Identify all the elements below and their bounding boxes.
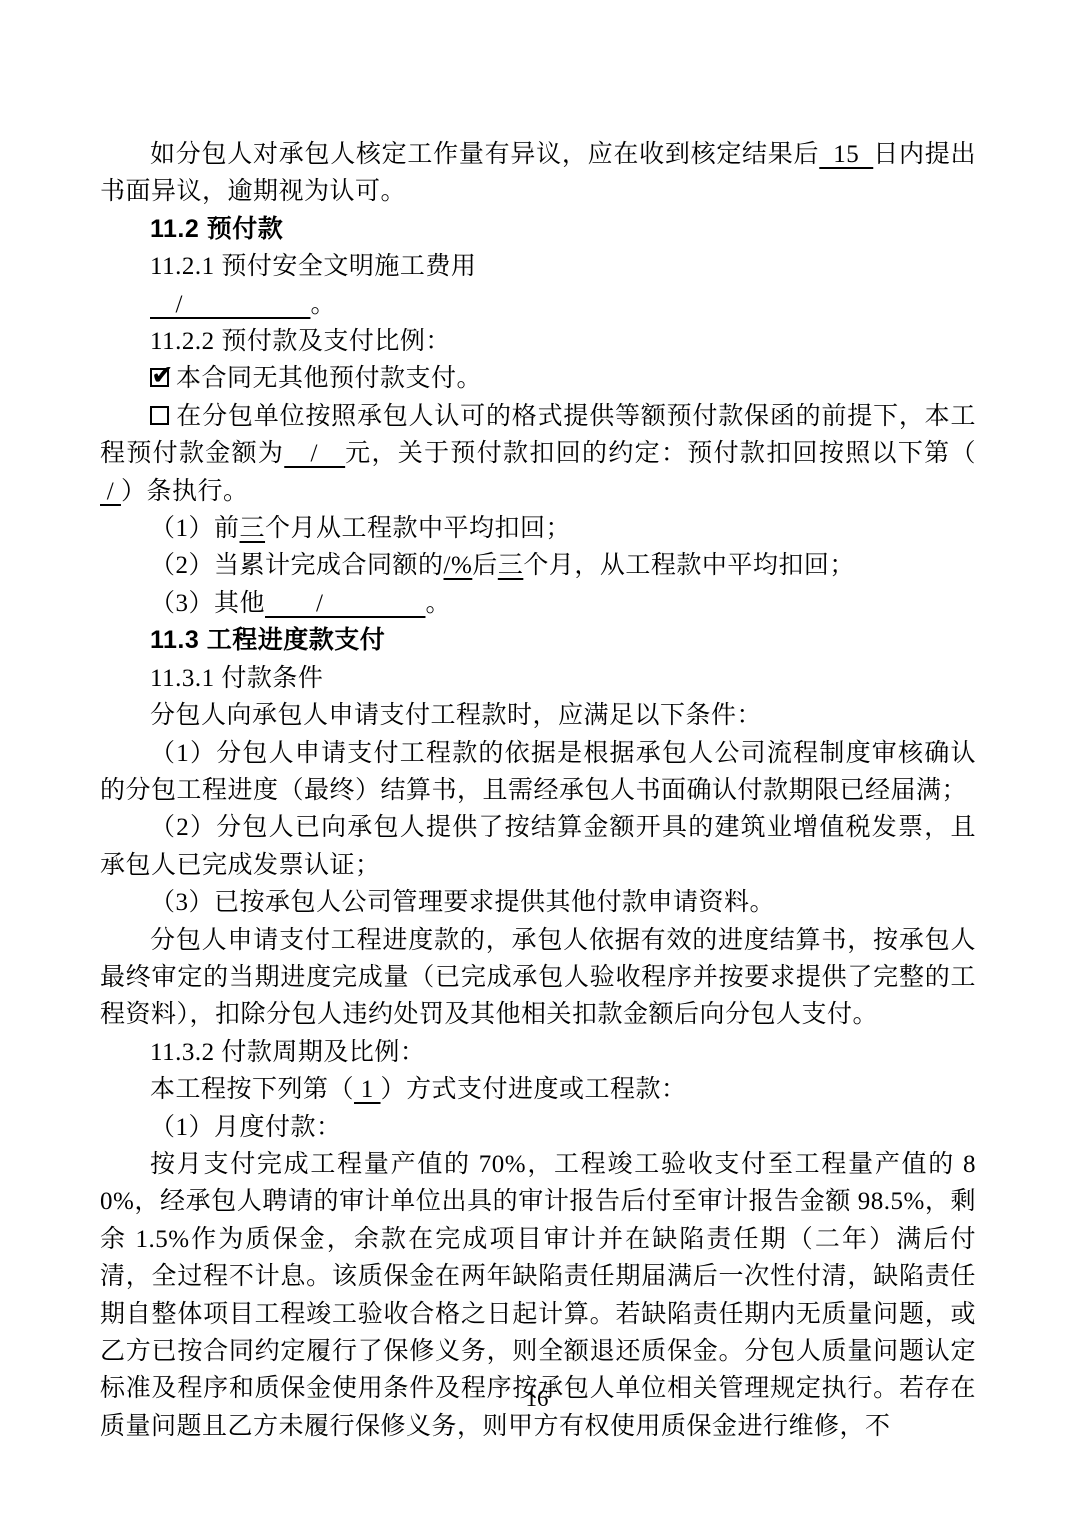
text-run: ）条执行。 [121,478,249,505]
clause-work-quantity-objection: 如分包人对承包人核定工作量有异议，应在收到核定结果后 15 日内提出书面异议，逾… [100,136,976,211]
text-run: 本合同无其他预付款支付。 [176,365,482,392]
text-run: （3）其他 [150,590,265,617]
text-run: （1）月度付款： [150,1114,342,1141]
document-body: 如分包人对承包人核定工作量有异议，应在收到核定结果后 15 日内提出书面异议，逾… [100,136,976,1445]
option-no-other-advance-payment: ✔本合同无其他预付款支付。 [100,360,976,397]
text-run: （2）当累计完成合同额的 [150,552,444,579]
text-run: （1）分包人申请支付工程款的依据是根据承包人公司流程制度审核确认的分包工程进度（… [100,740,976,804]
clause-11-2-1-title: 11.2.1 预付安全文明施工费用 [100,248,976,285]
check-mark-icon: ✔ [151,357,174,394]
contract-page: 如分包人对承包人核定工作量有异议，应在收到核定结果后 15 日内提出书面异议，逾… [0,0,1074,1520]
progress-payment-basis: 分包人申请支付工程进度款的，承包人依据有效的进度结算书，按承包人最终审定的当期进… [100,922,976,1034]
fill-in-blank: 15 [819,141,873,168]
clause-11-2-2-title: 11.2.2 预付款及支付比例： [100,323,976,360]
page-number: 16 [0,1386,1074,1412]
payment-conditions-intro: 分包人向承包人申请支付工程款时，应满足以下条件： [100,697,976,734]
text-run: 如分包人对承包人核定工作量有异议，应在收到核定结果后 [150,141,819,168]
heading-11-2-advance-payment: 11.2 预付款 [100,211,976,248]
monthly-payment-title: （1）月度付款： [100,1109,976,1146]
fill-in-blank: / [100,478,121,505]
text-run: 11.2.1 预付安全文明施工费用 [150,253,476,280]
checkbox-unchecked-icon[interactable] [150,406,169,425]
text-run: 后 [472,552,498,579]
clause-11-2-1-blank-line: / 。 [100,286,976,323]
text-run: 个月，从工程款中平均扣回； [523,552,855,579]
payment-condition-2: （2）分包人已向承包人提供了按结算金额开具的建筑业增值税发票，且承包人已完成发票… [100,809,976,884]
text-run: （2）分包人已向承包人提供了按结算金额开具的建筑业增值税发票，且承包人已完成发票… [100,814,976,878]
fill-in-blank: 1 [354,1076,381,1103]
text-run: 11.3 工程进度款支付 [150,626,385,654]
clause-11-3-1-title: 11.3.1 付款条件 [100,660,976,697]
recovery-option-2: （2）当累计完成合同额的/%后三个月，从工程款中平均扣回； [100,547,976,584]
fill-in-blank: 三 [498,552,524,579]
recovery-option-1: （1）前三个月从工程款中平均扣回； [100,510,976,547]
text-run: 。 [310,291,336,318]
text-run: ）方式支付进度或工程款： [381,1076,687,1103]
fill-in-blank: /% [444,552,473,579]
text-run: 11.3.2 付款周期及比例： [150,1039,425,1066]
text-run: 11.3.1 付款条件 [150,665,323,692]
text-run: 个月从工程款中平均扣回； [265,515,571,542]
text-run: 本工程按下列第（ [150,1076,354,1103]
clause-11-3-2-title: 11.3.2 付款周期及比例： [100,1034,976,1071]
fill-in-blank: / [265,590,425,617]
fill-in-blank: / [284,440,345,467]
heading-11-3-progress-payment: 11.3 工程进度款支付 [100,622,976,659]
fill-in-blank: / [150,291,310,318]
payment-condition-1: （1）分包人申请支付工程款的依据是根据承包人公司流程制度审核确认的分包工程进度（… [100,735,976,810]
payment-condition-3: （3）已按承包人公司管理要求提供其他付款申请资料。 [100,884,976,921]
recovery-option-3: （3）其他 / 。 [100,585,976,622]
text-run: 。 [425,590,451,617]
text-run: 11.2 预付款 [150,215,283,243]
text-run: 11.2.2 预付款及支付比例： [150,328,451,355]
checkbox-checked-icon[interactable]: ✔ [150,368,169,387]
fill-in-blank: 三 [240,515,266,542]
text-run: 分包人向承包人申请支付工程款时，应满足以下条件： [150,702,762,729]
text-run: （1）前 [150,515,240,542]
option-advance-payment-with-guarantee: 在分包单位按照承包人认可的格式提供等额预付款保函的前提下，本工程预付款金额为 /… [100,398,976,510]
payment-method-selection: 本工程按下列第（ 1 ）方式支付进度或工程款： [100,1071,976,1108]
text-run: 元，关于预付款扣回的约定：预付款扣回按照以下第（ [345,440,976,467]
text-run: （3）已按承包人公司管理要求提供其他付款申请资料。 [150,889,775,916]
text-run: 分包人申请支付工程进度款的，承包人依据有效的进度结算书，按承包人最终审定的当期进… [100,927,976,1029]
